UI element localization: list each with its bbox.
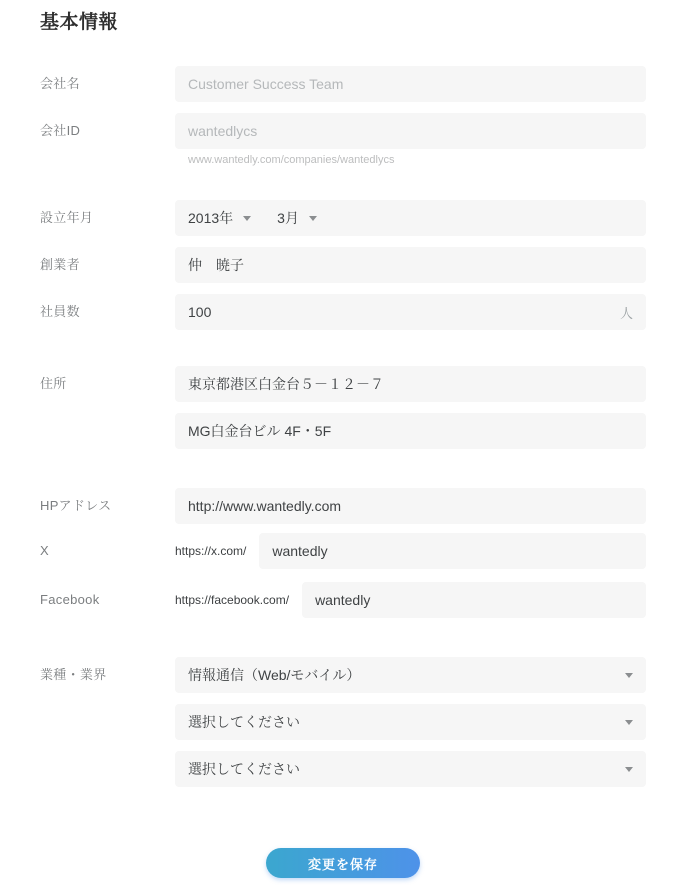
founded-month-select[interactable]: 3月 xyxy=(277,208,317,228)
company-url-hint: www.wantedly.com/companies/wantedlycs xyxy=(188,154,646,167)
save-changes-button[interactable]: 変更を保存 xyxy=(266,848,420,878)
row-x-account: X https://x.com/ xyxy=(40,533,646,569)
x-label: X xyxy=(40,533,175,569)
founded-label: 設立年月 xyxy=(40,200,175,236)
facebook-url-prefix: https://facebook.com/ xyxy=(175,593,289,607)
row-hp-address: HPアドレス xyxy=(40,488,646,524)
address-label: 住所 xyxy=(40,366,175,402)
industry-select-3[interactable]: 選択してください xyxy=(175,751,646,787)
page-title: 基本情報 xyxy=(40,12,646,33)
employees-unit-suffix: 人 xyxy=(620,303,633,322)
row-founded: 設立年月 2013年 3月 xyxy=(40,200,646,236)
employees-input[interactable] xyxy=(188,294,620,330)
x-url-prefix: https://x.com/ xyxy=(175,544,246,558)
founded-month-value: 3月 xyxy=(277,208,299,228)
founded-year-select[interactable]: 2013年 xyxy=(188,208,251,228)
chevron-down-icon xyxy=(625,673,633,678)
row-facebook-account: Facebook https://facebook.com/ xyxy=(40,582,646,618)
founded-field: 2013年 3月 xyxy=(175,200,646,236)
basic-info-page: 基本情報 会社名 会社ID www.wantedly.com/companies… xyxy=(0,0,692,878)
row-company-name: 会社名 xyxy=(40,66,646,102)
row-company-id: 会社ID www.wantedly.com/companies/wantedly… xyxy=(40,113,646,167)
facebook-label: Facebook xyxy=(40,582,175,618)
row-address: 住所 xyxy=(40,366,646,449)
chevron-down-icon xyxy=(309,216,317,221)
address-line1-input[interactable] xyxy=(175,366,646,402)
founder-label: 創業者 xyxy=(40,247,175,283)
company-name-label: 会社名 xyxy=(40,66,175,102)
company-id-label: 会社ID xyxy=(40,113,175,149)
industry-select-1-value: 情報通信（Web/モバイル） xyxy=(188,665,360,685)
industry-label: 業種・業界 xyxy=(40,657,175,693)
industry-select-2[interactable]: 選択してください xyxy=(175,704,646,740)
chevron-down-icon xyxy=(625,720,633,725)
x-account-input[interactable] xyxy=(259,533,646,569)
row-employees: 社員数 人 xyxy=(40,294,646,330)
hp-address-input[interactable] xyxy=(175,488,646,524)
founder-input[interactable] xyxy=(175,247,646,283)
row-industry: 業種・業界 情報通信（Web/モバイル） 選択してください 選択してください xyxy=(40,657,646,787)
row-founder: 創業者 xyxy=(40,247,646,283)
chevron-down-icon xyxy=(625,767,633,772)
industry-select-2-value: 選択してください xyxy=(188,712,300,732)
industry-select-1[interactable]: 情報通信（Web/モバイル） xyxy=(175,657,646,693)
hp-address-label: HPアドレス xyxy=(40,488,175,524)
company-name-input[interactable] xyxy=(175,66,646,102)
company-id-input[interactable] xyxy=(175,113,646,149)
industry-select-3-value: 選択してください xyxy=(188,759,300,779)
facebook-account-input[interactable] xyxy=(302,582,646,618)
employees-field: 人 xyxy=(175,294,646,330)
address-line2-input[interactable] xyxy=(175,413,646,449)
chevron-down-icon xyxy=(243,216,251,221)
save-button-container: 変更を保存 xyxy=(40,848,646,878)
employees-label: 社員数 xyxy=(40,294,175,330)
founded-year-value: 2013年 xyxy=(188,208,233,228)
